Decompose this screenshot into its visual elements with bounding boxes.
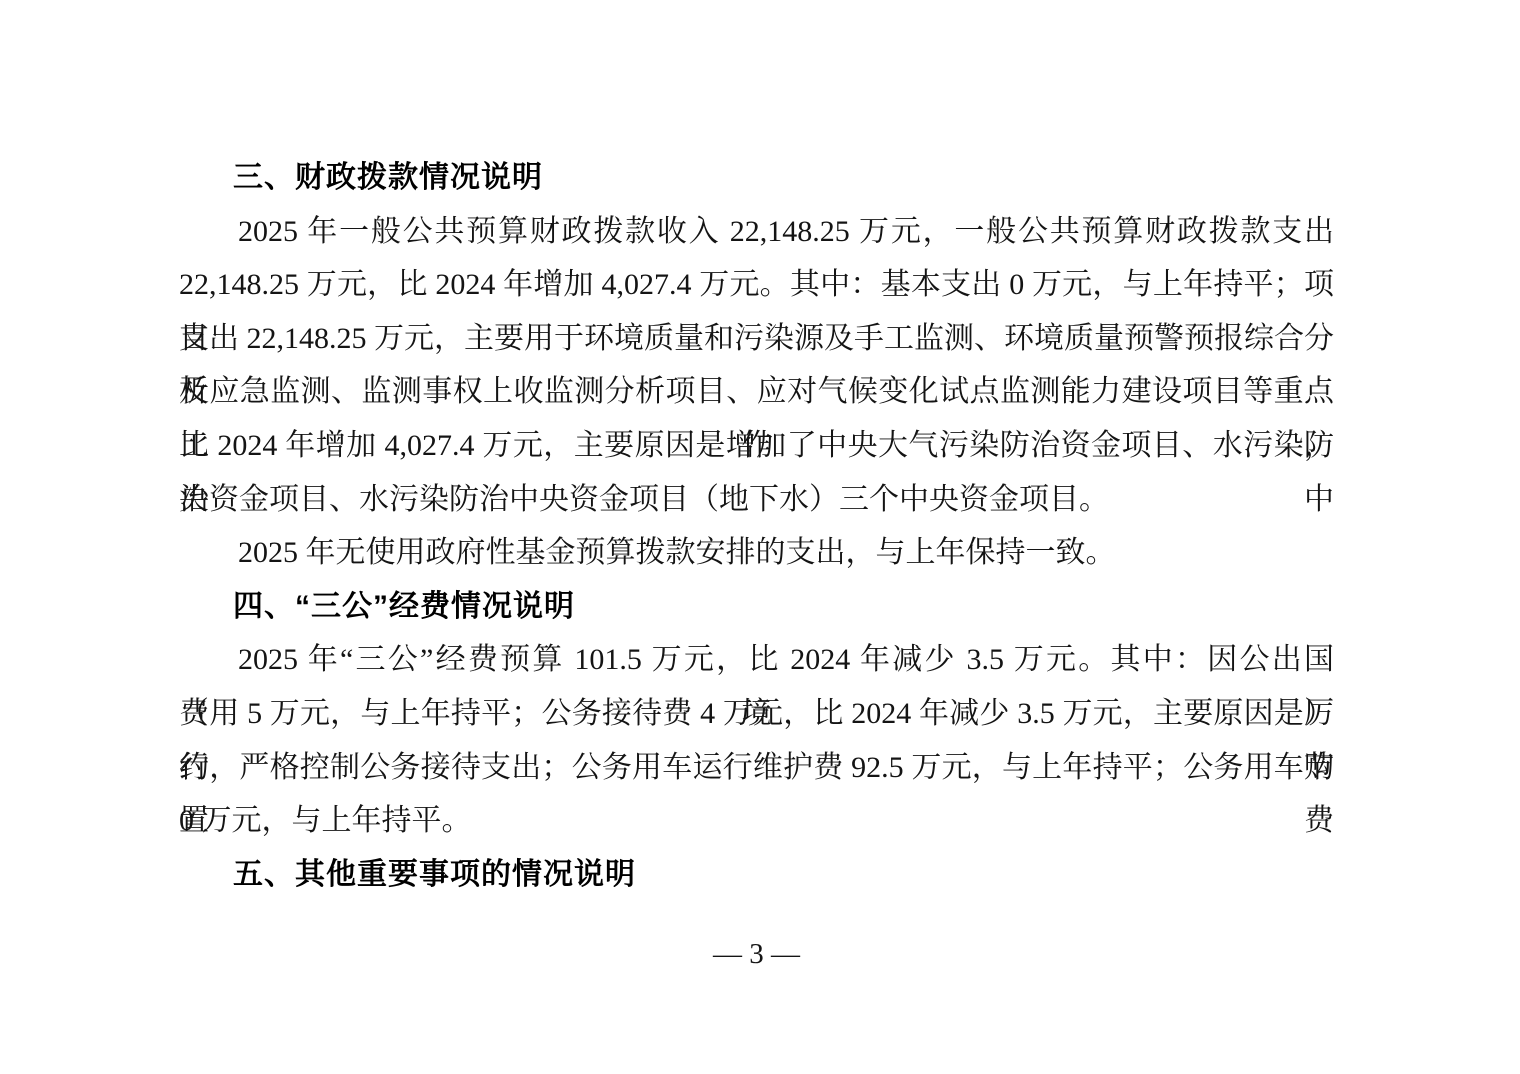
heading-section-5-other-important-matters: 五、其他重要事项的情况说明 bbox=[179, 848, 1334, 902]
paragraph-line: 比 2024 年增加 4,027.4 万元，主要原因是增加了中央大气污染防治资金… bbox=[179, 419, 1334, 473]
paragraph-line: 2025 年一般公共预算财政拨款收入 22,148.25 万元，一般公共预算财政… bbox=[179, 205, 1334, 259]
heading-section-4-three-public-expenses: 四、“三公”经费情况说明 bbox=[179, 580, 1334, 634]
document-page: 三、财政拨款情况说明 2025 年一般公共预算财政拨款收入 22,148.25 … bbox=[0, 0, 1520, 1074]
paragraph-line: 2025 年无使用政府性基金预算拨款安排的支出，与上年保持一致。 bbox=[179, 526, 1334, 580]
heading-section-3-fiscal-appropriation: 三、财政拨款情况说明 bbox=[179, 151, 1334, 205]
paragraph-line: 22,148.25 万元，比 2024 年增加 4,027.4 万元。其中：基本… bbox=[179, 258, 1334, 312]
paragraph-line: 约，严格控制公务接待支出；公务用车运行维护费 92.5 万元，与上年持平；公务用… bbox=[179, 741, 1334, 795]
paragraph-line: 费用 5 万元，与上年持平；公务接待费 4 万元，比 2024 年减少 3.5 … bbox=[179, 687, 1334, 741]
paragraph-line: 2025 年“三公”经费预算 101.5 万元，比 2024 年减少 3.5 万… bbox=[179, 633, 1334, 687]
page-number: — 3 — bbox=[179, 938, 1334, 971]
document-body: 三、财政拨款情况说明 2025 年一般公共预算财政拨款收入 22,148.25 … bbox=[179, 151, 1334, 901]
paragraph-line: 支出 22,148.25 万元，主要用于环境质量和污染源及手工监测、环境质量预警… bbox=[179, 312, 1334, 366]
paragraph-line: 及应急监测、监测事权上收监测分析项目、应对气候变化试点监测能力建设项目等重点工作… bbox=[179, 365, 1334, 419]
